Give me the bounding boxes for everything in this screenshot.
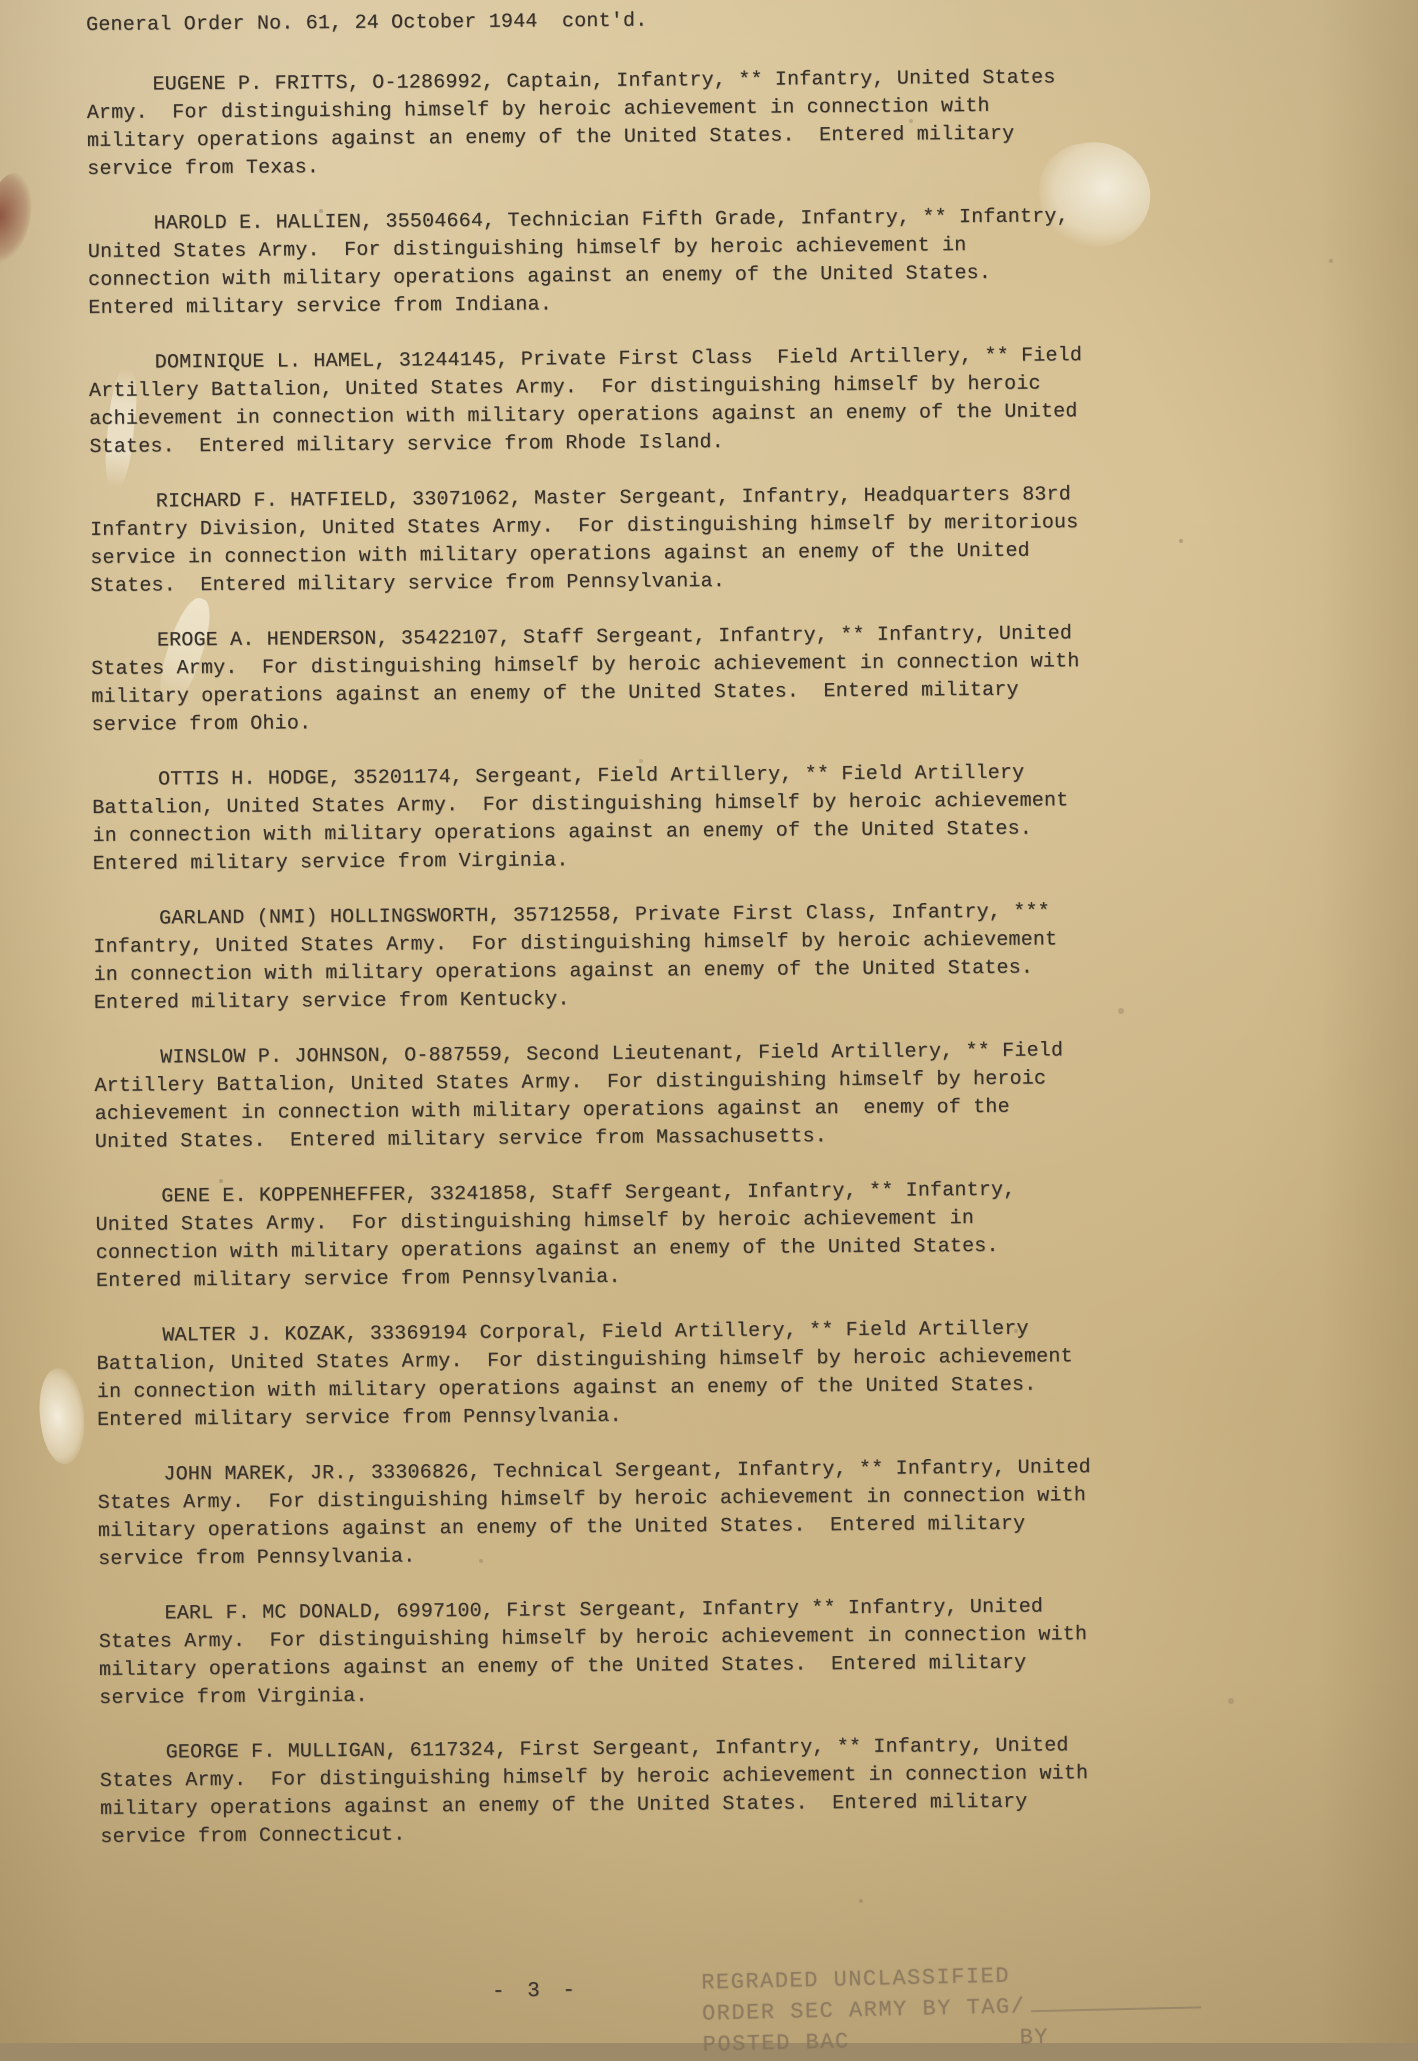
citation-entry: JOHN MAREK, JR., 33306826, Technical Ser…: [97, 1454, 1098, 1574]
red-ink-stain: [0, 168, 39, 267]
citation-entry: EUGENE P. FRITTS, O-1286992, Captain, In…: [86, 64, 1087, 184]
stamp-text-by: BY: [1019, 2025, 1049, 2043]
citation-entry: GEORGE F. MULLIGAN, 6117324, First Serge…: [100, 1732, 1101, 1852]
citation-entry: HAROLD E. HALLIEN, 35504664, Technician …: [88, 203, 1089, 323]
citation-entry: WALTER J. KOZAK, 33369194 Corporal, Fiel…: [96, 1315, 1097, 1435]
citation-entry: OTTIS H. HODGE, 35201174, Sergeant, Fiel…: [92, 759, 1093, 879]
declassification-stamp: REGRADED UNCLASSIFIED ORDER SEC ARMY BY …: [701, 1956, 1202, 2043]
citation-entry: GENE E. KOPPENHEFFER, 33241858, Staff Se…: [95, 1176, 1096, 1296]
page-number: - 3 -: [492, 1979, 580, 2003]
stamp-text: POSTED BAC: [702, 2029, 850, 2043]
citation-entry: RICHARD F. HATFIELD, 33071062, Master Se…: [90, 481, 1091, 601]
citation-entry: DOMINIQUE L. HAMEL, 31244145, Private Fi…: [89, 342, 1090, 462]
document-page: General Order No. 61, 24 October 1944 co…: [0, 0, 1418, 2043]
citation-entry: GARLAND (NMI) HOLLINGSWORTH, 35712558, P…: [93, 898, 1094, 1018]
paper-speckles: [0, 0, 2, 2]
typewritten-content: General Order No. 61, 24 October 1944 co…: [86, 4, 1101, 1879]
stamp-underline: [1032, 2006, 1202, 2012]
order-header: General Order No. 61, 24 October 1944 co…: [86, 4, 1086, 40]
citation-entry: EROGE A. HENDERSON, 35422107, Staff Serg…: [91, 620, 1092, 740]
citation-entry: WINSLOW P. JOHNSON, O-887559, Second Lie…: [94, 1037, 1095, 1157]
citation-entry: EARL F. MC DONALD, 6997100, First Sergea…: [98, 1593, 1099, 1713]
stamp-text: ORDER SEC ARMY BY TAG/: [702, 1994, 1026, 2026]
paper-tear-left-lower: [35, 1366, 89, 1466]
